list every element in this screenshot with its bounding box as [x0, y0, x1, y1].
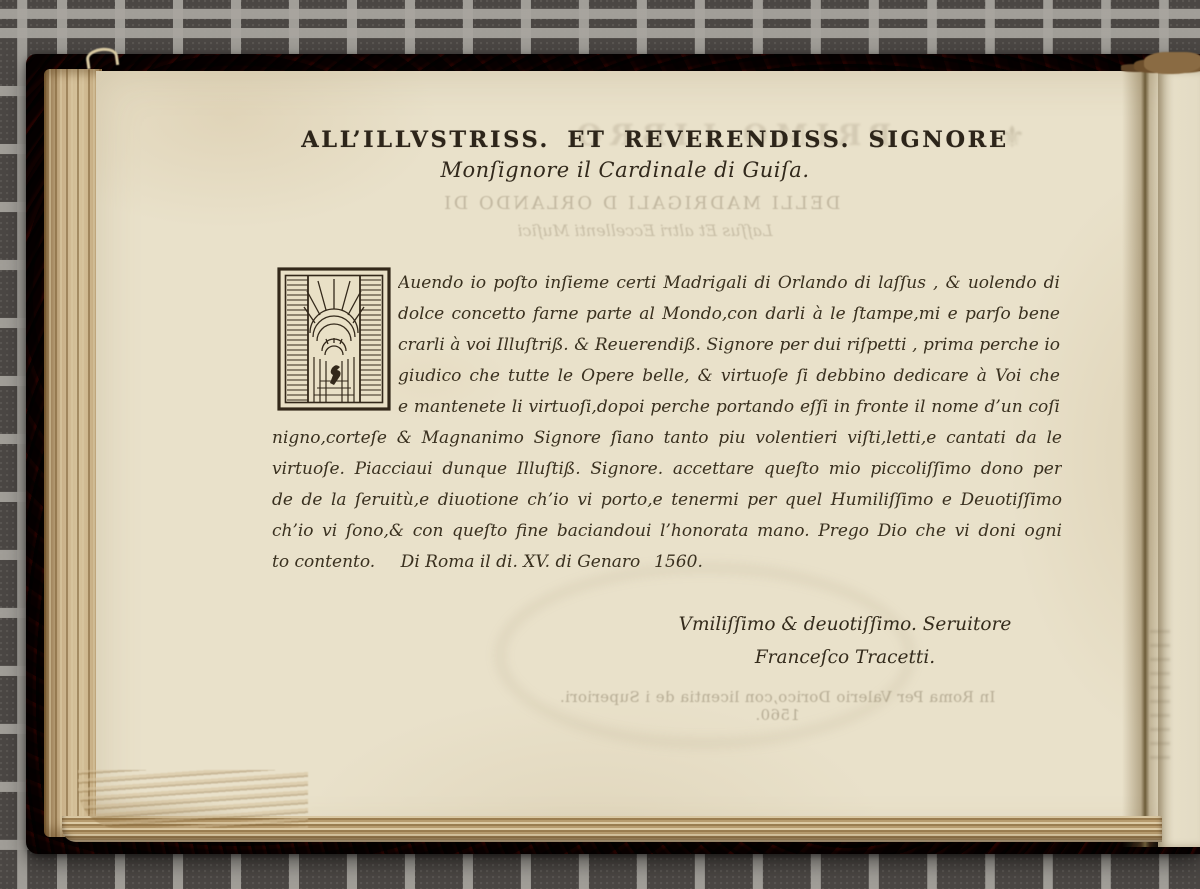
- text-line: nigno,corteſe & Magnanimo Signore ſiano …: [272, 423, 1062, 454]
- signature-name: Franceſco Tracetti.: [640, 641, 1050, 674]
- signature-block: Vmiliſſimo & deuotiſſimo. Seruitore Fran…: [640, 608, 1050, 674]
- text-line: Auendo io poſto inſieme certi Madrigali …: [398, 268, 1060, 299]
- book-fore-edge-pages: [44, 69, 102, 837]
- text-line: dolce concetto farne parte al Mondo,con …: [398, 299, 1060, 330]
- signature-role: Vmiliſſimo & deuotiſſimo. Seruitore: [640, 608, 1050, 641]
- binding-thread-icon: [85, 46, 119, 69]
- dedication-subheading: Monſignore il Cardinale di Guiſa.: [200, 158, 1050, 182]
- photo-of-open-book: PRIMO LIBRO DELLI MADRIGALI D ORLANDO DI…: [0, 0, 1200, 889]
- text-line: giudico che tutte le Opere belle, & virt…: [398, 361, 1060, 392]
- bottom-left-page-curl: [78, 770, 308, 828]
- dedication-heading: ALL’ILLVSTRISS. ET REVERENDISS. SIGNORE: [180, 127, 1130, 153]
- frayed-headband: [1144, 52, 1200, 74]
- next-page-faint-print: [1150, 630, 1170, 760]
- text-line: ch’io vi ſono,& con queſto fine baciando…: [272, 516, 1062, 547]
- text-line: crarli à voi Illuſtriß. & Reuerendiß. Si…: [398, 330, 1060, 361]
- show-through-line2: Laſſus Et altri Eccellenti Muſici: [450, 221, 840, 240]
- dedication-paragraph-indented: Auendo io poſto inſieme certi Madrigali …: [398, 268, 1060, 423]
- dedication-paragraph-full-width: nigno,corteſe & Magnanimo Signore ſiano …: [272, 423, 1062, 578]
- text-line: de de la ſeruitù,e diuotione ch’io vi po…: [272, 485, 1062, 516]
- show-through-line1: DELLI MADRIGALI D ORLANDO DI: [335, 193, 947, 214]
- text-line: e mantenete li virtuoſi,dopoi perche por…: [398, 392, 1060, 423]
- initial-H-woodcut-icon: [277, 267, 391, 411]
- text-line: virtuoſe. Piacciaui dunque Illuſtiß. Sig…: [272, 454, 1062, 485]
- dateline: to contento. Di Roma il di. XV. di Genar…: [272, 547, 1062, 578]
